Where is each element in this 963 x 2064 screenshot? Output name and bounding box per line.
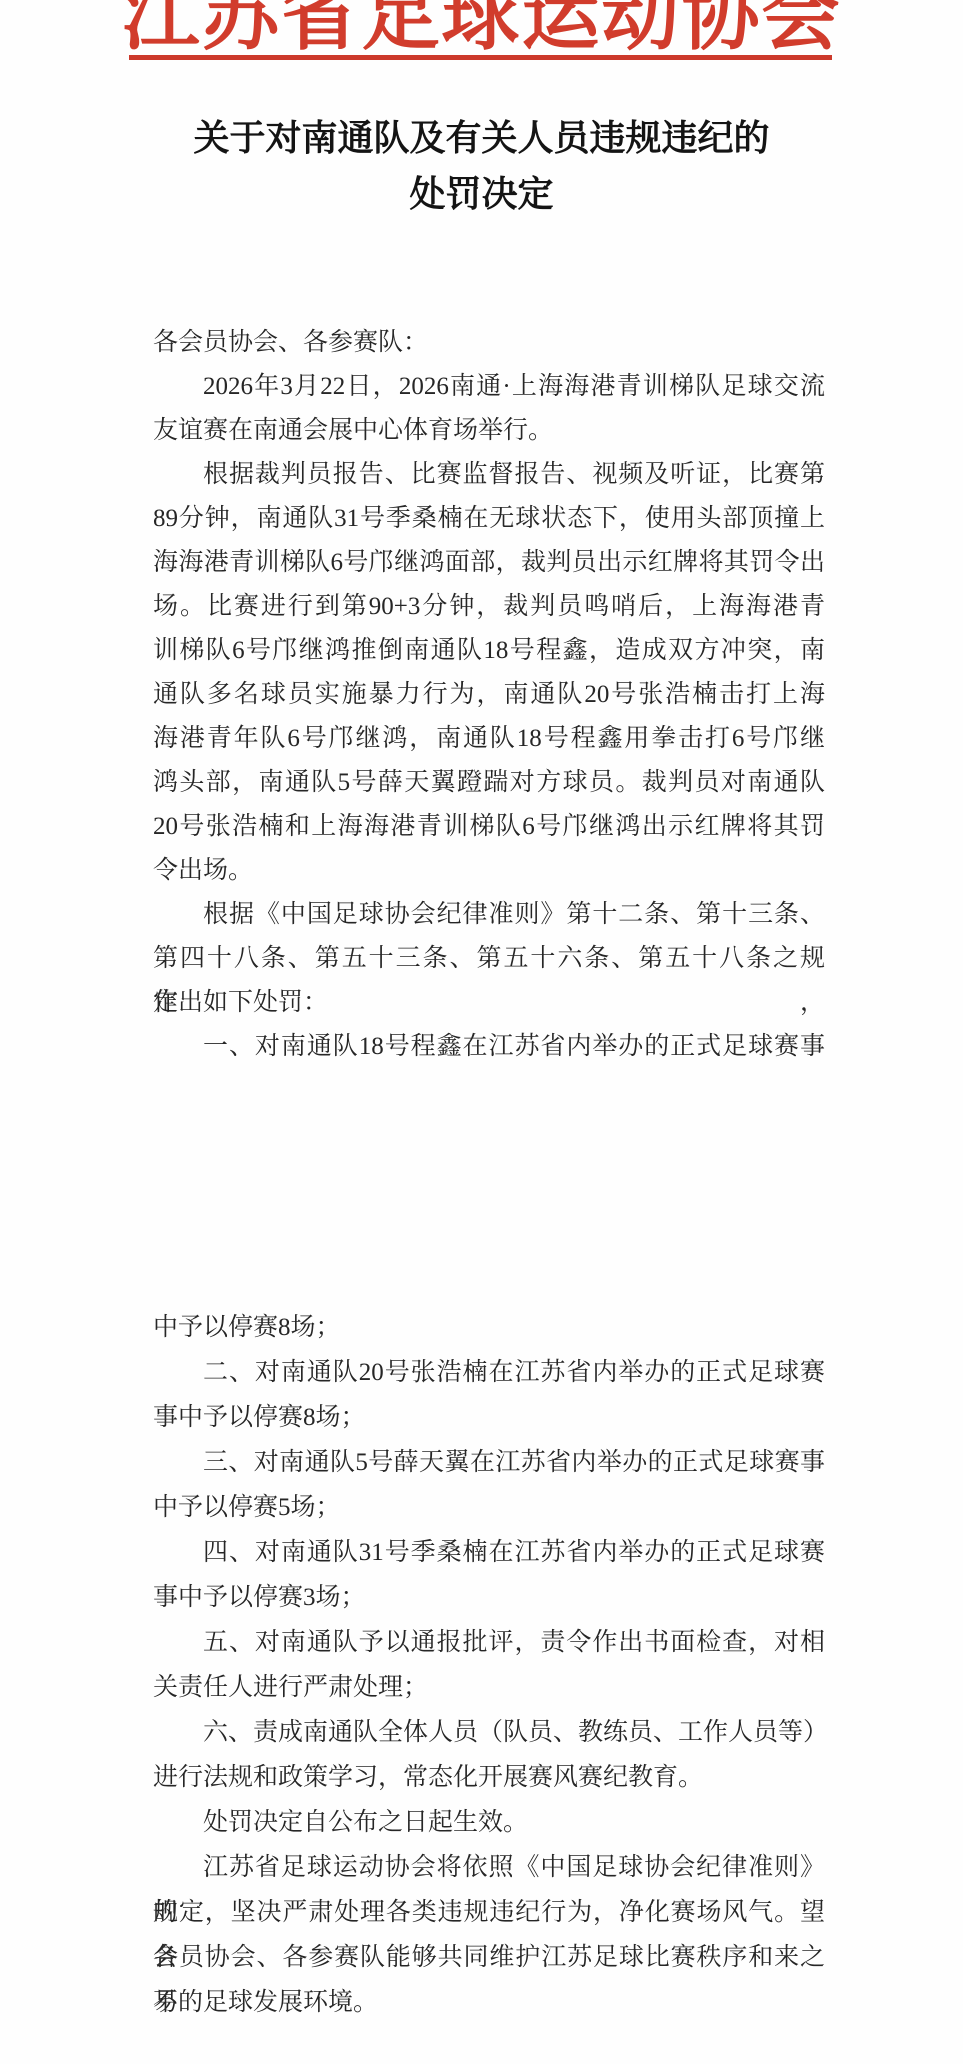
document-line: 事中予以停赛3场； <box>153 1575 825 1620</box>
document-title-line2: 处罚决定 <box>0 166 963 222</box>
document-line: 会员协会、各参赛队能够共同维护江苏足球比赛秩序和来之不 <box>153 1935 825 1980</box>
document-line: 根据裁判员报告、比赛监督报告、视频及听证，比赛第 <box>153 453 825 497</box>
document-line: 关责任人进行严肃处理； <box>153 1665 825 1710</box>
document-line: 进行法规和政策学习，常态化开展赛风赛纪教育。 <box>153 1755 825 1800</box>
document-line: 易的足球发展环境。 <box>153 1980 825 2025</box>
document-line: 处罚决定自公布之日起生效。 <box>153 1800 825 1845</box>
document-line: 中予以停赛5场； <box>153 1485 825 1530</box>
document-line: 江苏省足球运动协会将依照《中国足球协会纪律准则》的 <box>153 1845 825 1890</box>
document-line: 三、对南通队5号薛天翼在江苏省内举办的正式足球赛事 <box>153 1440 825 1485</box>
document-line: 2026年3月22日，2026南通·上海海港青训梯队足球交流 <box>153 365 825 409</box>
document-line: 各会员协会、各参赛队： <box>153 321 825 365</box>
page-break-gap <box>153 1069 825 1305</box>
document-line: 令出场。 <box>153 849 825 893</box>
document-line: 一、对南通队18号程鑫在江苏省内举办的正式足球赛事 <box>153 1025 825 1069</box>
document-line: 五、对南通队予以通报批评，责令作出书面检查，对相 <box>153 1620 825 1665</box>
document-line: 89分钟，南通队31号季桑楠在无球状态下，使用头部顶撞上 <box>153 497 825 541</box>
document-page: 江苏省足球运动协会 关于对南通队及有关人员违规违纪的 处罚决定 各会员协会、各参… <box>0 0 963 2064</box>
document-line: 四、对南通队31号季桑楠在江苏省内举办的正式足球赛 <box>153 1530 825 1575</box>
document-line: 中予以停赛8场； <box>153 1305 825 1350</box>
document-line: 规定，坚决严肃处理各类违规违纪行为，净化赛场风气。望各 <box>153 1890 825 1935</box>
document-line: 根据《中国足球协会纪律准则》第十二条、第十三条、 <box>153 893 825 937</box>
document-body: 各会员协会、各参赛队：2026年3月22日，2026南通·上海海港青训梯队足球交… <box>153 321 825 2025</box>
document-line: 场。比赛进行到第90+3分钟，裁判员鸣哨后，上海海港青 <box>153 585 825 629</box>
document-line: 六、责成南通队全体人员（队员、教练员、工作人员等） <box>153 1710 825 1755</box>
document-line: 第四十八条、第五十三条、第五十六条、第五十八条之规定， <box>153 937 825 981</box>
document-title: 关于对南通队及有关人员违规违纪的 处罚决定 <box>0 110 963 222</box>
document-line: 海海港青训梯队6号邝继鸿面部，裁判员出示红牌将其罚令出 <box>153 541 825 585</box>
letterhead-divider <box>129 55 832 60</box>
document-line: 友谊赛在南通会展中心体育场举行。 <box>153 409 825 453</box>
document-line: 海港青年队6号邝继鸿，南通队18号程鑫用拳击打6号邝继 <box>153 717 825 761</box>
document-line: 二、对南通队20号张浩楠在江苏省内举办的正式足球赛 <box>153 1350 825 1395</box>
document-line: 训梯队6号邝继鸿推倒南通队18号程鑫，造成双方冲突，南 <box>153 629 825 673</box>
document-line: 鸿头部，南通队5号薛天翼蹬踹对方球员。裁判员对南通队 <box>153 761 825 805</box>
document-line: 通队多名球员实施暴力行为，南通队20号张浩楠击打上海 <box>153 673 825 717</box>
document-line: 20号张浩楠和上海海港青训梯队6号邝继鸿出示红牌将其罚 <box>153 805 825 849</box>
document-title-line1: 关于对南通队及有关人员违规违纪的 <box>0 110 963 166</box>
document-line: 事中予以停赛8场； <box>153 1395 825 1440</box>
